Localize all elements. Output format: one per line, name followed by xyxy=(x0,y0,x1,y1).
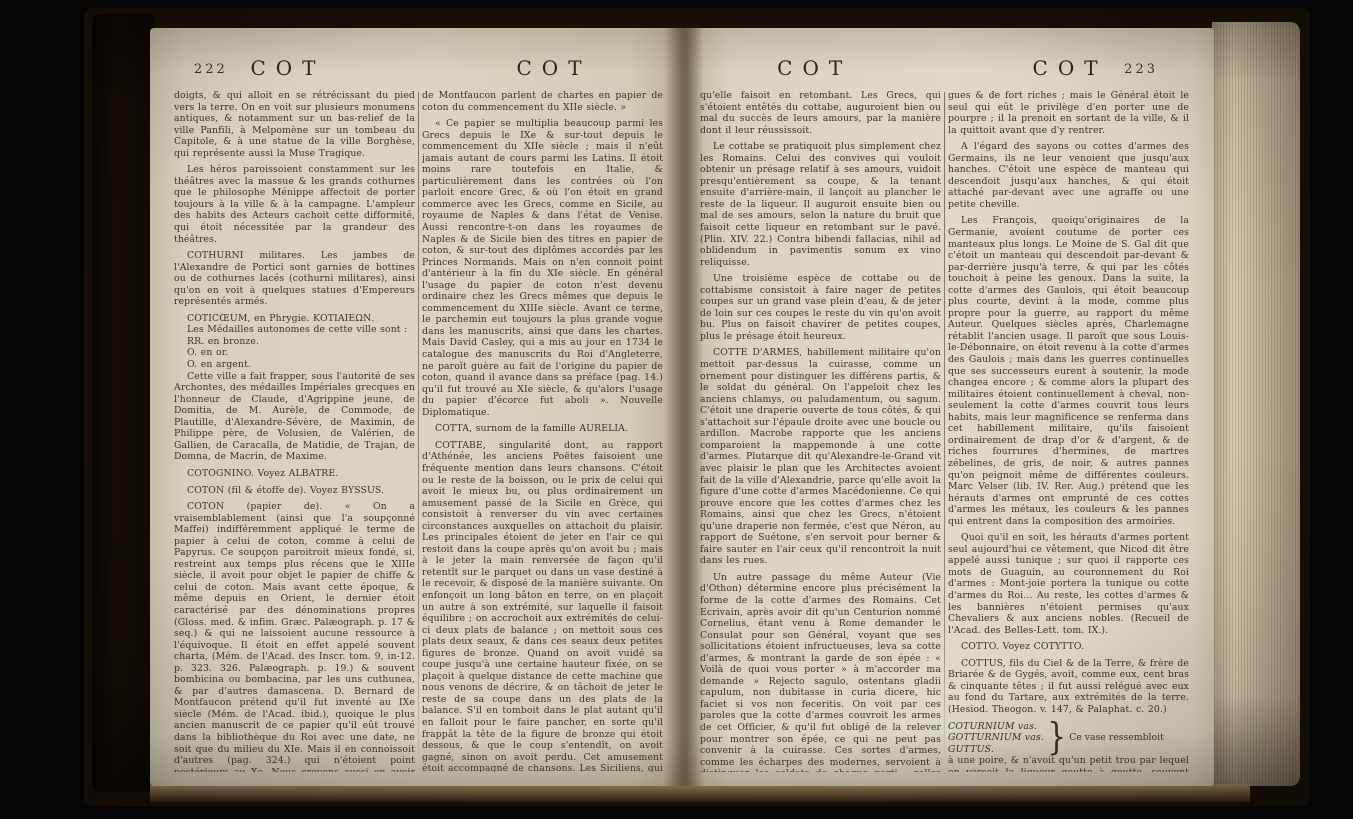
paragraph: Le cottabe se pratiquoit plus simplement… xyxy=(700,141,941,268)
paragraph: O. en or. xyxy=(174,347,415,359)
right-page-stack-edge xyxy=(1212,22,1300,786)
paragraph: COTTO. Voyez COTYTTO. xyxy=(948,641,1189,653)
paragraph: Les Médailles autonomes de cette ville s… xyxy=(174,324,415,336)
paragraph: RR. en bronze. xyxy=(174,336,415,348)
column-rule xyxy=(418,92,419,762)
paragraph: Un autre passage du même Auteur (Vie d'O… xyxy=(700,572,941,772)
paragraph: COTTABE, singularité dont, au rapport d'… xyxy=(422,440,663,772)
left-page-column-2: de Montfaucon parlent de chartes en papi… xyxy=(422,90,663,772)
right-page-number: 223 xyxy=(1124,62,1158,77)
brace-entry-term: COTURNIUM vas. xyxy=(948,721,1044,733)
brace-entry-note: Ce vase ressembloit xyxy=(1069,732,1164,744)
running-head-cot: COT xyxy=(682,56,937,80)
paragraph: de Montfaucon parlent de chartes en papi… xyxy=(422,90,663,113)
paragraph: doigts, & qui alloit en se rétrécissant … xyxy=(174,90,415,159)
right-page: COT COT 223 qu'elle faisoit en retombant… xyxy=(682,28,1214,786)
paragraph: Une troisième espèce de cottabe ou de co… xyxy=(700,273,941,342)
left-page-running-head: 222 COT COT xyxy=(150,56,682,86)
paragraph: COTTUS, fils du Ciel & de la Terre, & fr… xyxy=(948,658,1189,716)
paragraph: qu'elle faisoit en retombant. Les Grecs,… xyxy=(700,90,941,136)
paragraph: Les héros paroissoient constamment sur l… xyxy=(174,164,415,245)
paragraph: COTON (papier de). « On a vraisemblablem… xyxy=(174,501,415,772)
left-page-column-1: doigts, & qui alloit en se rétrécissant … xyxy=(174,90,415,772)
running-head-cot: COT xyxy=(416,56,682,80)
brace-entry-term: GUTTUS. xyxy=(948,744,1044,756)
brace-entry-terms: COTURNIUM vas.GOTTURNIUM vas.GUTTUS. xyxy=(948,721,1044,756)
right-page-column-1: qu'elle faisoit en retombant. Les Grecs,… xyxy=(700,90,941,772)
paragraph: COTHURNI militares. Les jambes de l'Alex… xyxy=(174,250,415,308)
brace-entry: COTURNIUM vas.GOTTURNIUM vas.GUTTUS.}Ce … xyxy=(948,720,1189,755)
paragraph: COTICŒUM, en Phrygie. ΚΟΤΙΑΙΕΩΝ. xyxy=(174,313,415,325)
paragraph: Quoi qu'il en soit, les hérauts d'armes … xyxy=(948,532,1189,636)
paragraph: COTOGNINO. Voyez ALBATRE. xyxy=(174,468,415,480)
paragraph: A l'égard des sayons ou cottes d'armes d… xyxy=(948,141,1189,210)
left-page: 222 COT COT doigts, & qui alloit en se r… xyxy=(150,28,682,786)
brace-entry-term: GOTTURNIUM vas. xyxy=(948,732,1044,744)
left-page-stack-edge xyxy=(92,14,154,792)
book-photo: 222 COT COT doigts, & qui alloit en se r… xyxy=(0,0,1353,819)
running-head-cot: COT xyxy=(150,56,416,80)
bottom-page-stack-edge xyxy=(150,784,1250,802)
paragraph: Cette ville a fait frapper, sous l'autor… xyxy=(174,371,415,463)
paragraph: COTTA, surnom de la famille AURELIA. xyxy=(422,423,663,435)
paragraph: à une poire, & n'avoit qu'un petit trou … xyxy=(948,755,1189,772)
paragraph: gues & de fort riches ; mais le Général … xyxy=(948,90,1189,136)
paragraph: Les François, quoiqu'originaires de la G… xyxy=(948,215,1189,527)
right-page-running-head: COT COT 223 xyxy=(682,56,1214,86)
paragraph: « Ce papier se multiplia beaucoup parmi … xyxy=(422,118,663,418)
paragraph: COTON (fil & étoffe de). Voyez BYSSUS. xyxy=(174,485,415,497)
right-page-column-2: gues & de fort riches ; mais le Général … xyxy=(948,90,1189,772)
brace-glyph: } xyxy=(1047,716,1066,760)
column-rule xyxy=(944,92,945,762)
paragraph: COTTE D'ARMES, habillement militaire qu'… xyxy=(700,347,941,566)
paragraph: O. en argent. xyxy=(174,359,415,371)
